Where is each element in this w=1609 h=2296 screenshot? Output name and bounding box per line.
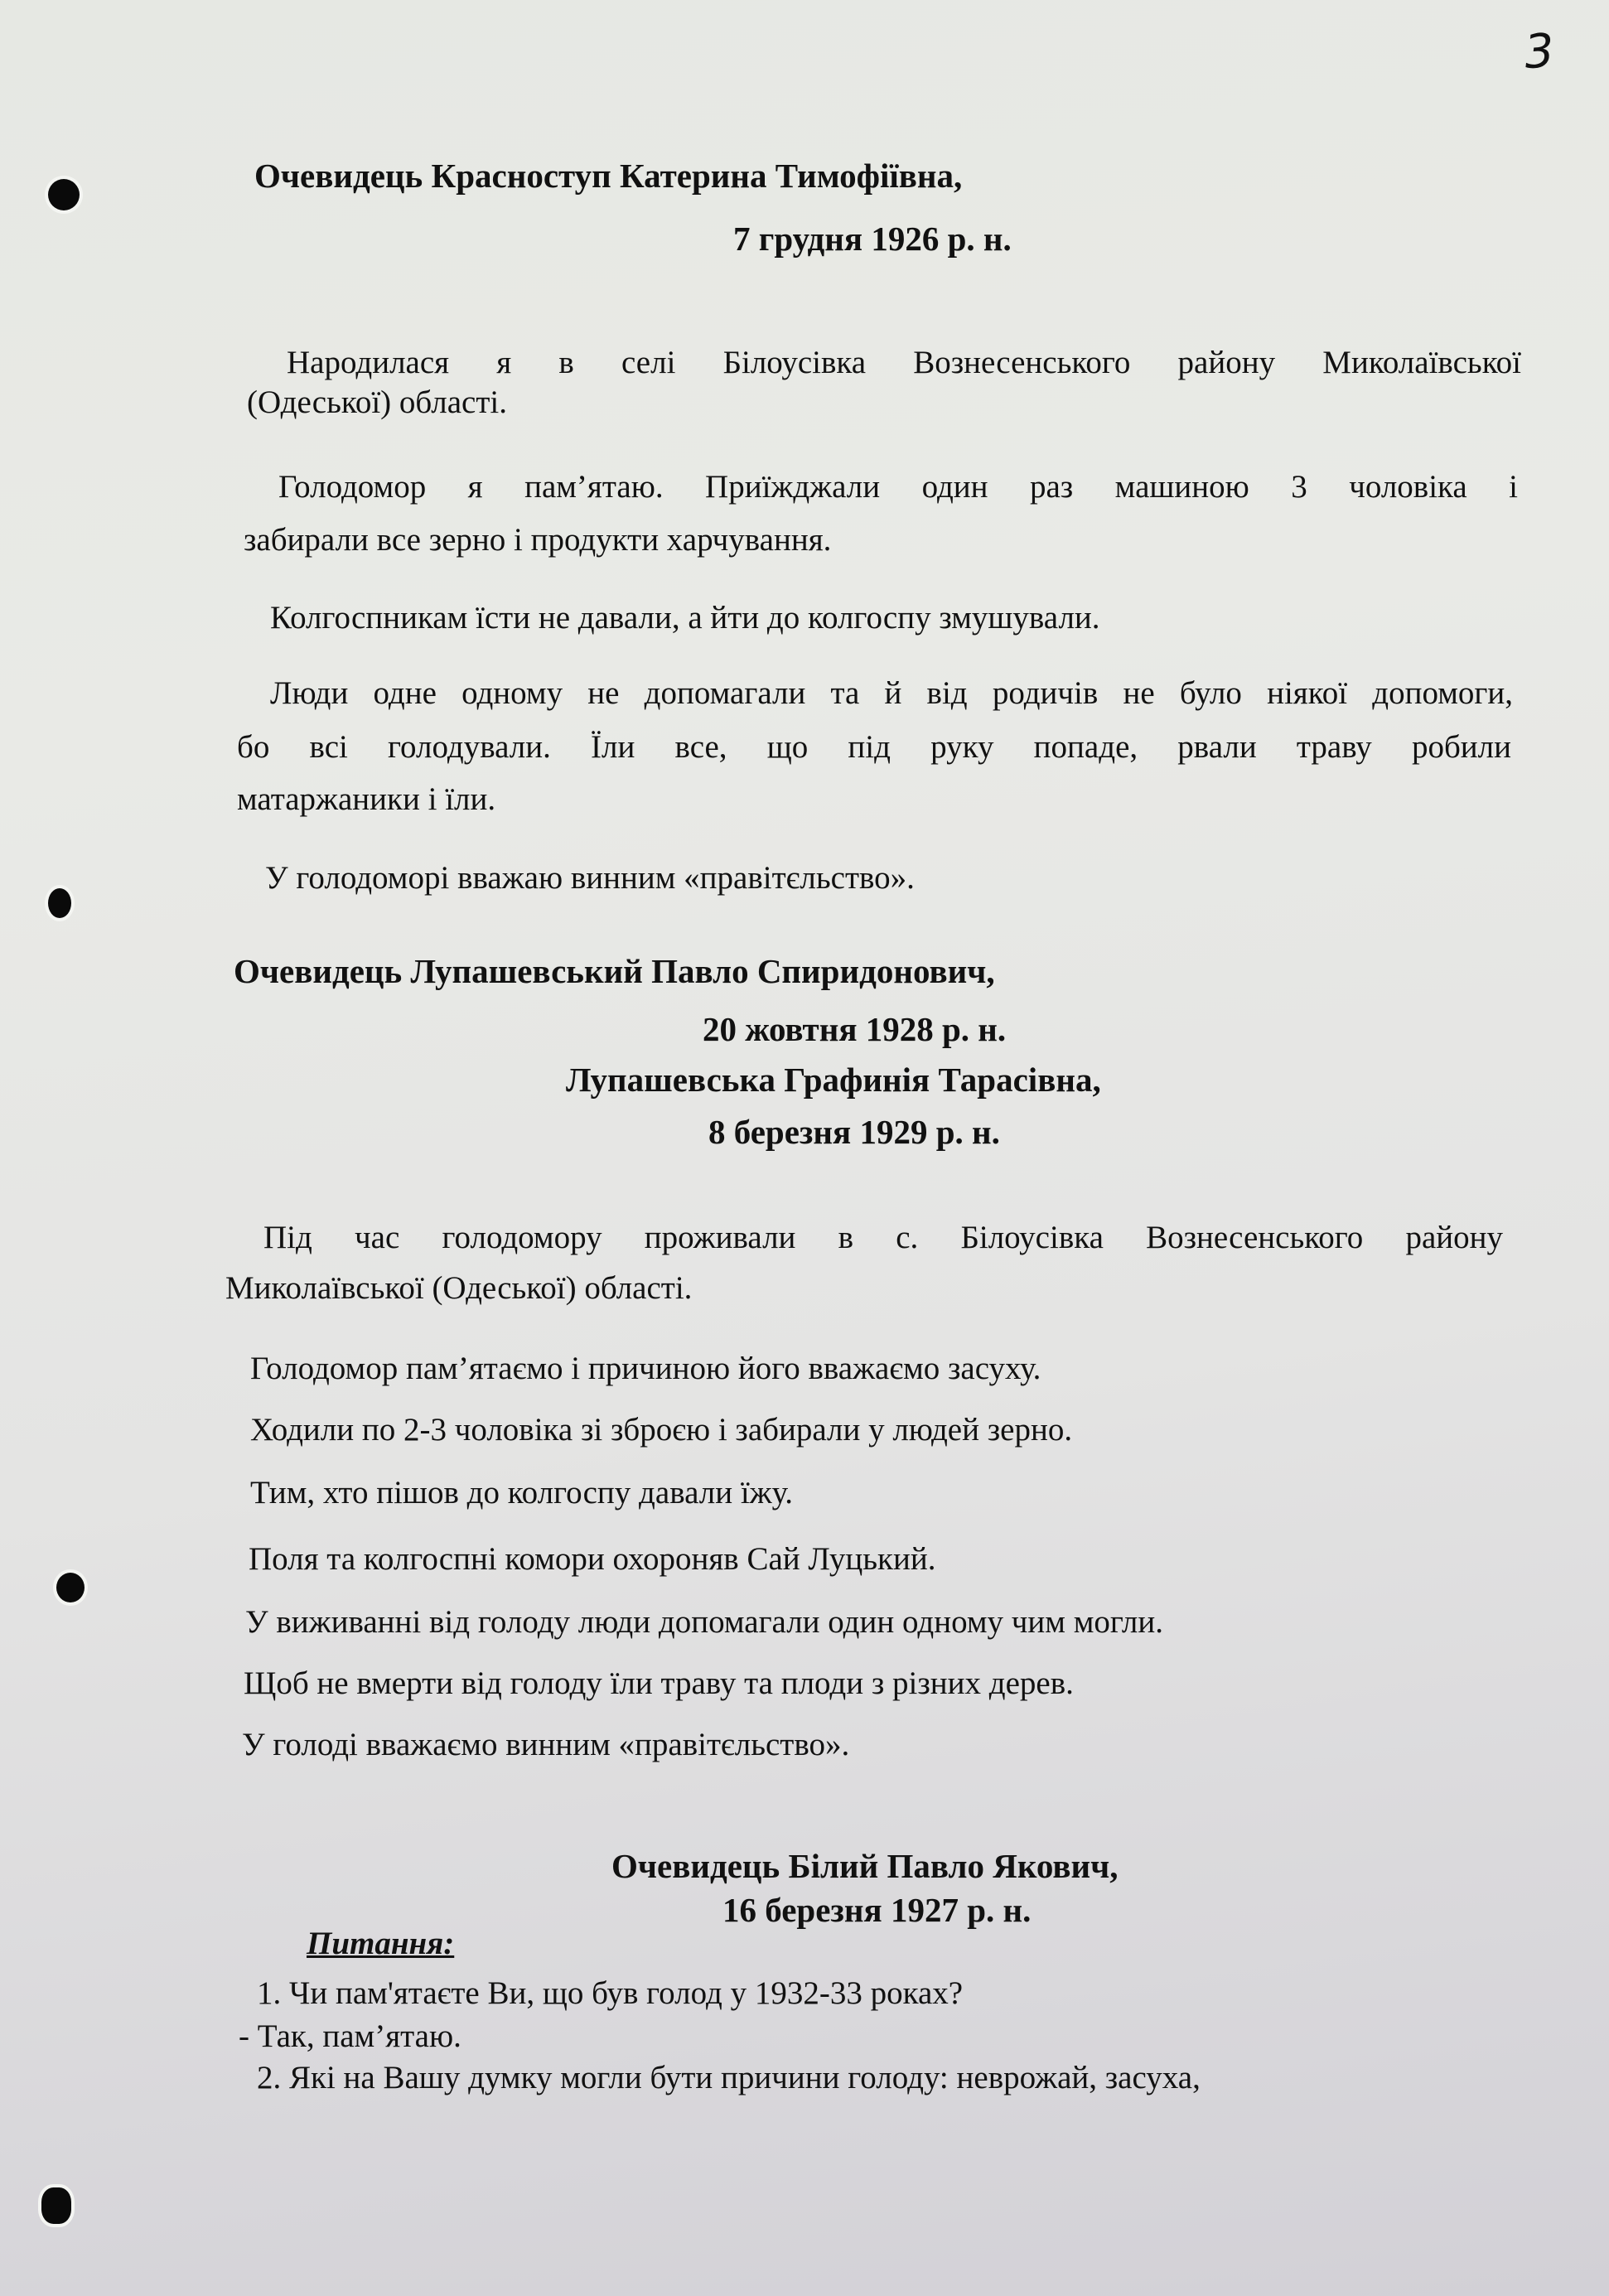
question-item: 2. Які на Вашу думку могли бути причини … — [257, 2062, 1201, 2094]
witness-birth-date: 16 березня 1927 р. н. — [722, 1893, 1031, 1927]
paragraph-line: (Одеської) області. — [247, 386, 507, 418]
witness-name-heading: Очевидець Красноступ Катерина Тимофіївна… — [254, 159, 962, 193]
paragraph-line: матаржаники і їли. — [237, 783, 495, 815]
punch-hole — [48, 888, 71, 918]
paragraph-line: Поля та колгоспні комори охороняв Сай Лу… — [249, 1543, 936, 1575]
paragraph-line: Тим, хто пішов до колгоспу давали їжу. — [250, 1477, 793, 1509]
paragraph-line: Люди одне одному не допомагали та й від … — [270, 677, 1513, 709]
punch-hole — [41, 2187, 71, 2224]
question-item: 1. Чи пам'ятаєте Ви, що був голод у 1932… — [257, 1977, 963, 2009]
paragraph-line: Голодомор я пам’ятаю. Приїжджали один ра… — [278, 471, 1518, 503]
paragraph-line: Голодомор пам’ятаємо і причиною його вва… — [250, 1352, 1041, 1385]
paragraph-line: У голоді вважаємо винним «правітєльство»… — [242, 1728, 849, 1761]
page-number: 3 — [1523, 24, 1556, 80]
punch-hole — [56, 1573, 85, 1602]
paragraph-line: бо всі голодували. Їли все, що під руку … — [237, 731, 1511, 763]
paragraph-line: У голодоморі вважаю винним «правітєльств… — [265, 862, 915, 894]
paragraph-line: Ходили по 2-3 чоловіка зі зброєю і забир… — [250, 1414, 1072, 1446]
paragraph-line: Колгоспникам їсти не давали, а йти до ко… — [270, 602, 1100, 634]
paragraph-line: забирали все зерно і продукти харчування… — [244, 524, 831, 556]
witness-name-heading: Лупашевська Графинія Тарасівна, — [566, 1063, 1101, 1097]
witness-birth-date: 7 грудня 1926 р. н. — [733, 222, 1012, 256]
witness-birth-date: 20 жовтня 1928 р. н. — [703, 1013, 1006, 1046]
witness-birth-date: 8 березня 1929 р. н. — [708, 1115, 1000, 1149]
punch-hole — [48, 179, 80, 210]
paragraph-line: Під час голодомору проживали в с. Білоус… — [263, 1221, 1503, 1254]
witness-name-heading: Очевидець Білий Павло Якович, — [611, 1849, 1119, 1883]
answer-item: - Так, пам’ятаю. — [239, 2020, 461, 2052]
paragraph-line: Народилася я в селі Білоусівка Вознесенс… — [287, 346, 1521, 379]
witness-name-heading: Очевидець Лупашевський Павло Спиридонови… — [234, 955, 995, 988]
paragraph-line: Миколаївської (Одеської) області. — [225, 1272, 692, 1304]
paragraph-line: Щоб не вмерти від голоду їли траву та пл… — [244, 1667, 1074, 1699]
paragraph-line: У виживанні від голоду люди допомагали о… — [245, 1606, 1163, 1638]
questions-label: Питання: — [307, 1927, 454, 1960]
